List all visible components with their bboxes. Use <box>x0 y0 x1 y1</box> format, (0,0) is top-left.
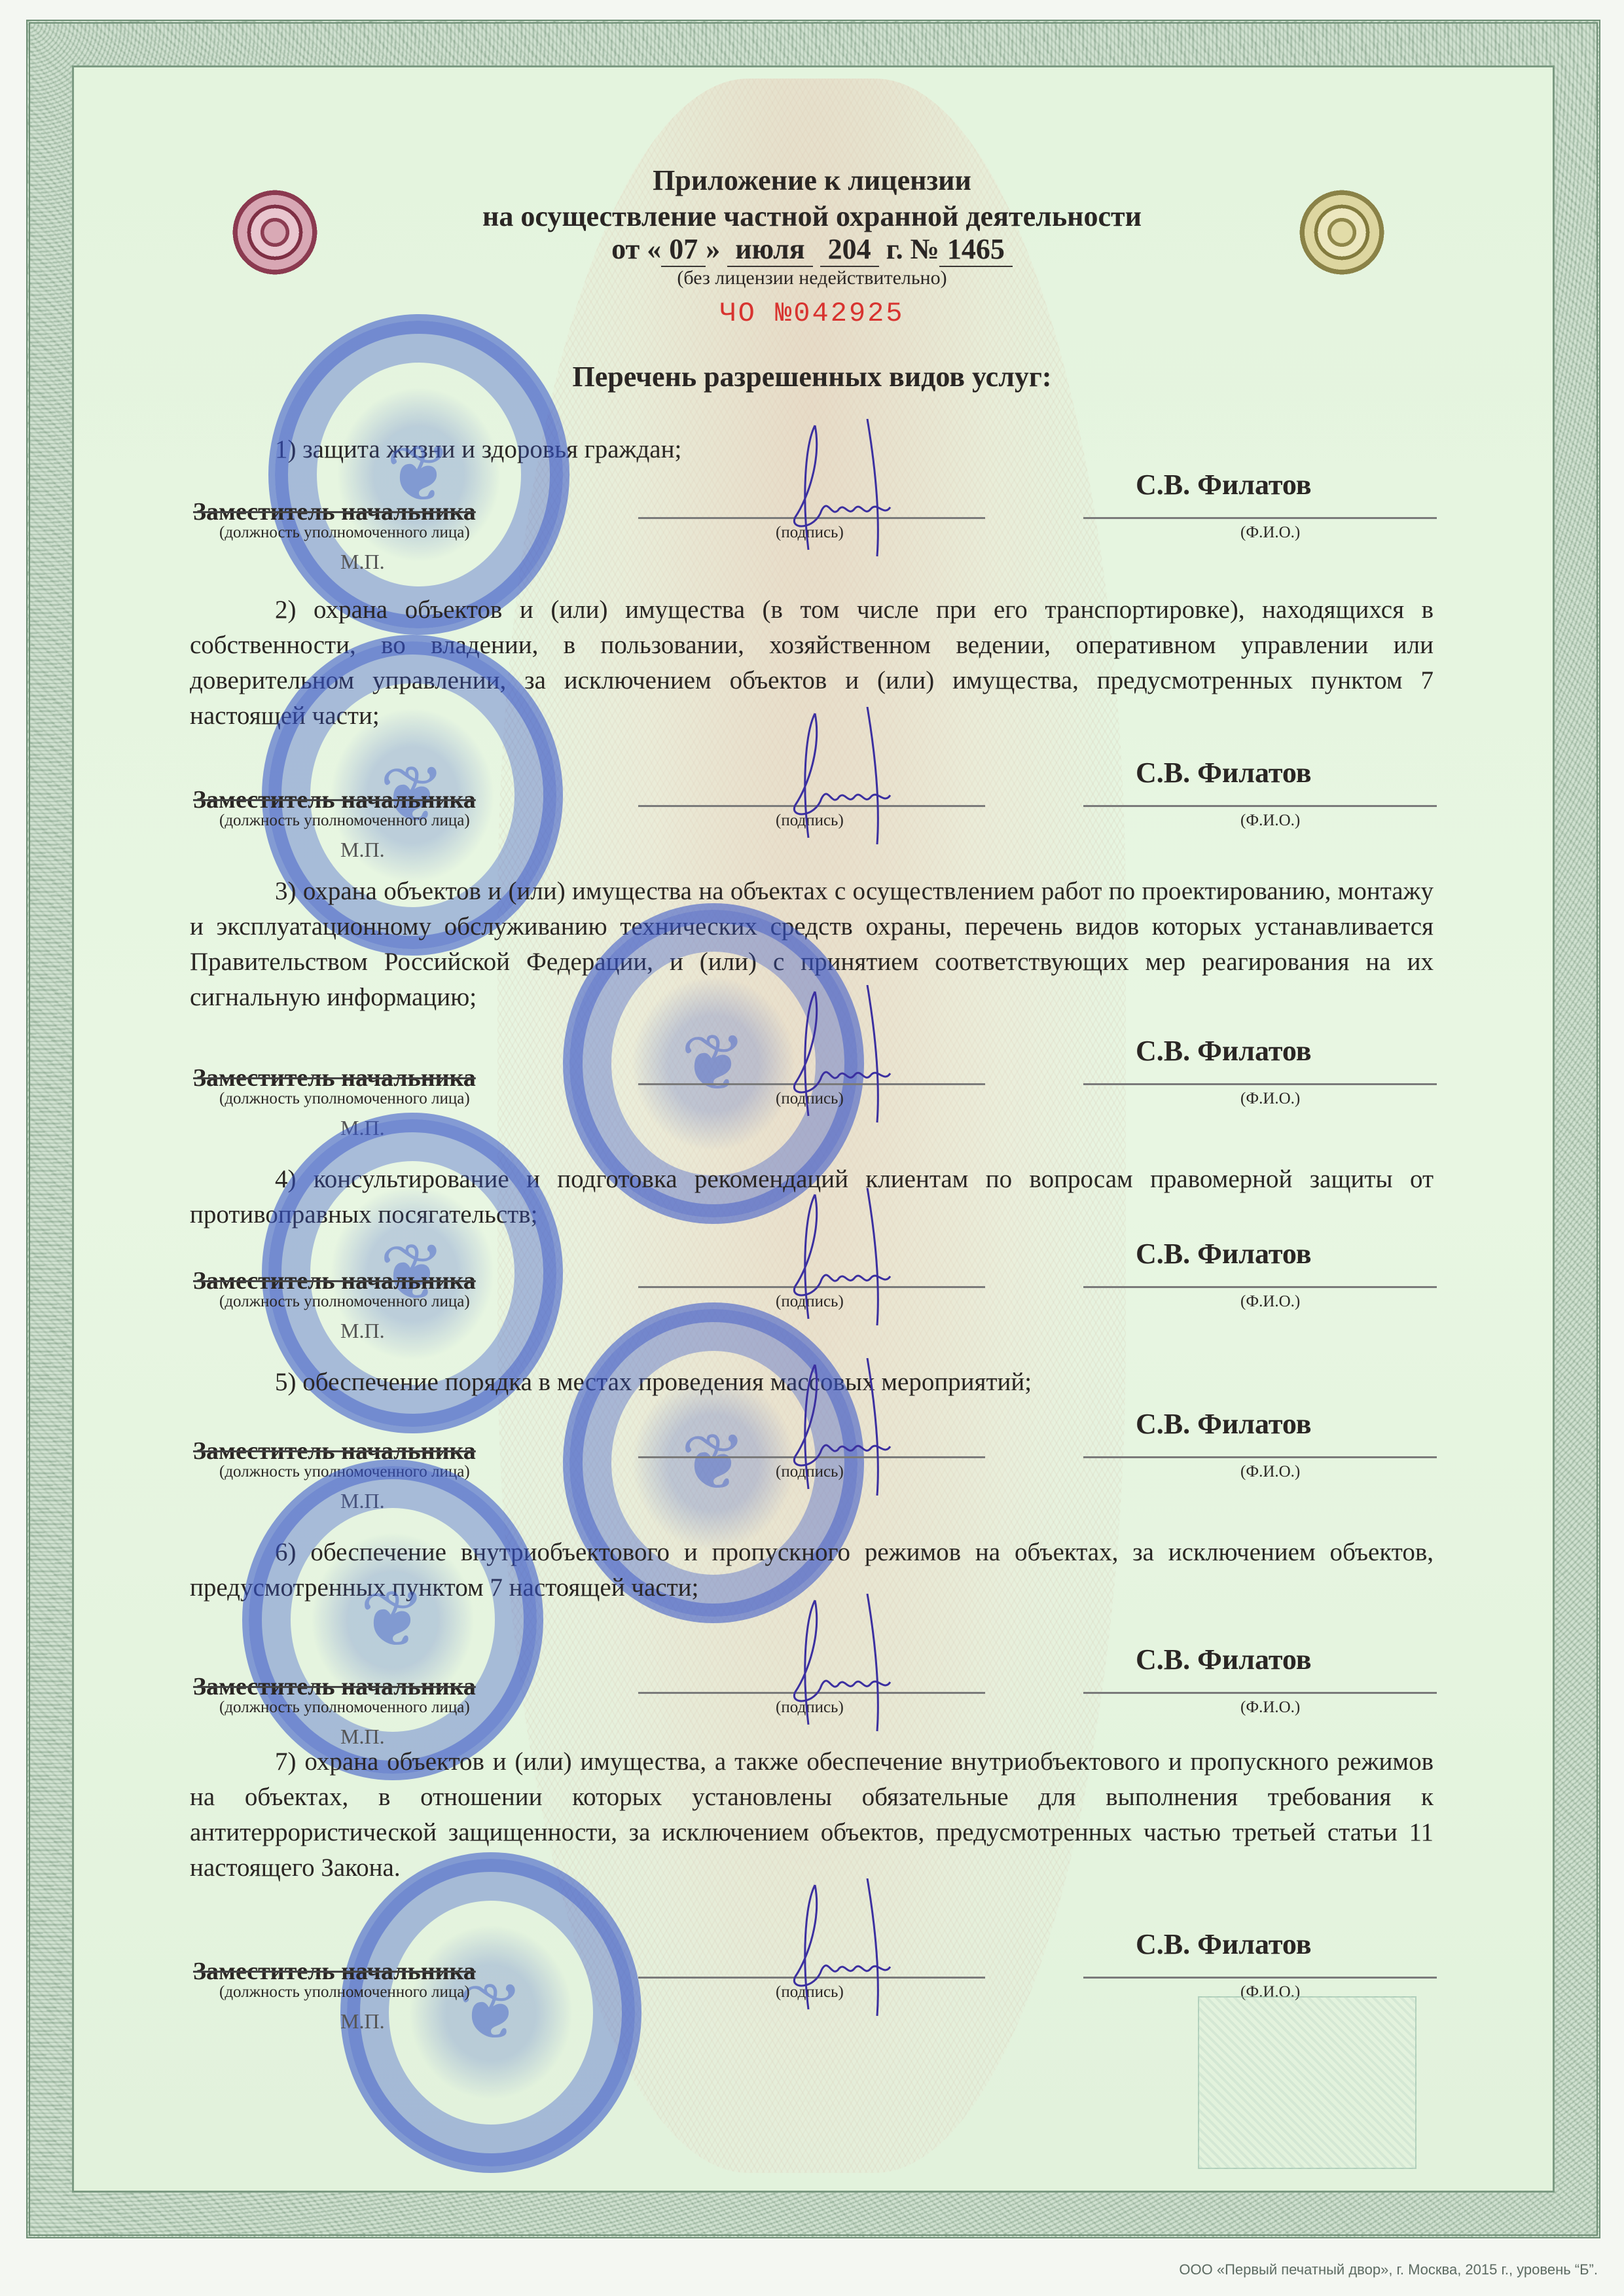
signatory-name: С.В. Филатов <box>1136 1407 1312 1441</box>
signature-block: Заместитель начальника(должность уполном… <box>193 1064 1437 1155</box>
number-prefix: № <box>911 233 939 265</box>
name-caption: (Ф.И.О.) <box>1240 1293 1300 1311</box>
signature-caption: (подпись) <box>776 524 844 542</box>
position-caption: (должность уполномоченного лица) <box>219 524 470 542</box>
signatory-position: Заместитель начальника <box>193 1957 476 1986</box>
signatory-name: С.В. Филатов <box>1136 468 1312 501</box>
printer-imprint: ООО «Первый печатный двор», г. Москва, 2… <box>1179 2261 1598 2278</box>
signatory-position: Заместитель начальника <box>193 1266 476 1295</box>
document-subtitle: на осуществление частной охранной деятел… <box>0 200 1624 233</box>
license-date-number: от «07» июля 204 г. №1465 <box>0 232 1624 267</box>
license-number: 1465 <box>939 232 1013 267</box>
signature-block: Заместитель начальника(должность уполном… <box>193 785 1437 877</box>
signature-line <box>638 517 985 519</box>
serial-number: ЧО №042925 <box>0 298 1624 329</box>
position-caption: (должность уполномоченного лица) <box>219 1293 470 1311</box>
validity-note: (без лицензии недействительно) <box>0 267 1624 289</box>
position-caption: (должность уполномоченного лица) <box>219 812 470 830</box>
signature-line <box>638 1692 985 1694</box>
service-item-7: 7) охрана объектов и (или) имущества, а … <box>190 1744 1434 1886</box>
name-line <box>1083 805 1437 807</box>
date-mid: » <box>706 233 720 265</box>
license-day: 07 <box>661 232 706 267</box>
signatory-name: С.В. Филатов <box>1136 1928 1312 1961</box>
name-caption: (Ф.И.О.) <box>1240 812 1300 830</box>
signatory-name: С.В. Филатов <box>1136 1643 1312 1676</box>
signature-block: Заместитель начальника(должность уполном… <box>193 1437 1437 1528</box>
service-item-4: 4) консультирование и подготовка рекомен… <box>190 1162 1434 1232</box>
name-line <box>1083 517 1437 519</box>
seal-mark: М.П. <box>340 838 385 862</box>
position-caption: (должность уполномоченного лица) <box>219 1698 470 1717</box>
seal-mark: М.П. <box>340 1116 385 1140</box>
signature-line <box>638 1083 985 1085</box>
name-line <box>1083 1977 1437 1979</box>
signature-caption: (подпись) <box>776 1090 844 1108</box>
license-month: июля <box>727 232 812 267</box>
name-line <box>1083 1692 1437 1694</box>
signatory-position: Заместитель начальника <box>193 785 476 814</box>
signatory-position: Заместитель начальника <box>193 1437 476 1465</box>
signature-line <box>638 1286 985 1288</box>
signatory-position: Заместитель начальника <box>193 1672 476 1701</box>
year-suffix: г. <box>886 233 903 265</box>
name-line <box>1083 1456 1437 1458</box>
signatory-position: Заместитель начальника <box>193 497 476 526</box>
signatory-name: С.В. Филатов <box>1136 1034 1312 1067</box>
signature-line <box>638 805 985 807</box>
date-prefix: от « <box>611 233 661 265</box>
signatory-position: Заместитель начальника <box>193 1064 476 1092</box>
signature-block: Заместитель начальника(должность уполном… <box>193 1266 1437 1358</box>
hologram-area <box>1198 1996 1416 2169</box>
seal-mark: М.П. <box>340 2009 385 2034</box>
signature-caption: (подпись) <box>776 1293 844 1311</box>
service-item-1: 1) защита жизни и здоровья граждан; <box>190 432 1434 467</box>
signature-block: Заместитель начальника(должность уполном… <box>193 497 1437 589</box>
position-caption: (должность уполномоченного лица) <box>219 1463 470 1481</box>
name-caption: (Ф.И.О.) <box>1240 1698 1300 1717</box>
seal-mark: М.П. <box>340 1489 385 1513</box>
name-line <box>1083 1286 1437 1288</box>
services-list-title: Перечень разрешенных видов услуг: <box>0 360 1624 393</box>
position-caption: (должность уполномоченного лица) <box>219 1983 470 2001</box>
signature-line <box>638 1977 985 1979</box>
name-caption: (Ф.И.О.) <box>1240 1463 1300 1481</box>
service-item-2: 2) охрана объектов и (или) имущества (в … <box>190 592 1434 734</box>
signature-line <box>638 1456 985 1458</box>
position-caption: (должность уполномоченного лица) <box>219 1090 470 1108</box>
signatory-name: С.В. Филатов <box>1136 756 1312 789</box>
name-line <box>1083 1083 1437 1085</box>
signatory-name: С.В. Филатов <box>1136 1237 1312 1270</box>
service-item-6: 6) обеспечение внутриобъектового и пропу… <box>190 1535 1434 1605</box>
service-item-3: 3) охрана объектов и (или) имущества на … <box>190 874 1434 1015</box>
license-year: 204 <box>820 232 879 267</box>
name-caption: (Ф.И.О.) <box>1240 524 1300 542</box>
signature-caption: (подпись) <box>776 1983 844 2001</box>
seal-mark: М.П. <box>340 1319 385 1343</box>
signature-caption: (подпись) <box>776 1463 844 1481</box>
service-item-5: 5) обеспечение порядка в местах проведен… <box>190 1365 1434 1400</box>
seal-mark: М.П. <box>340 550 385 574</box>
name-caption: (Ф.И.О.) <box>1240 1090 1300 1108</box>
signature-caption: (подпись) <box>776 1698 844 1717</box>
document-title: Приложение к лицензии <box>0 164 1624 197</box>
signature-caption: (подпись) <box>776 812 844 830</box>
